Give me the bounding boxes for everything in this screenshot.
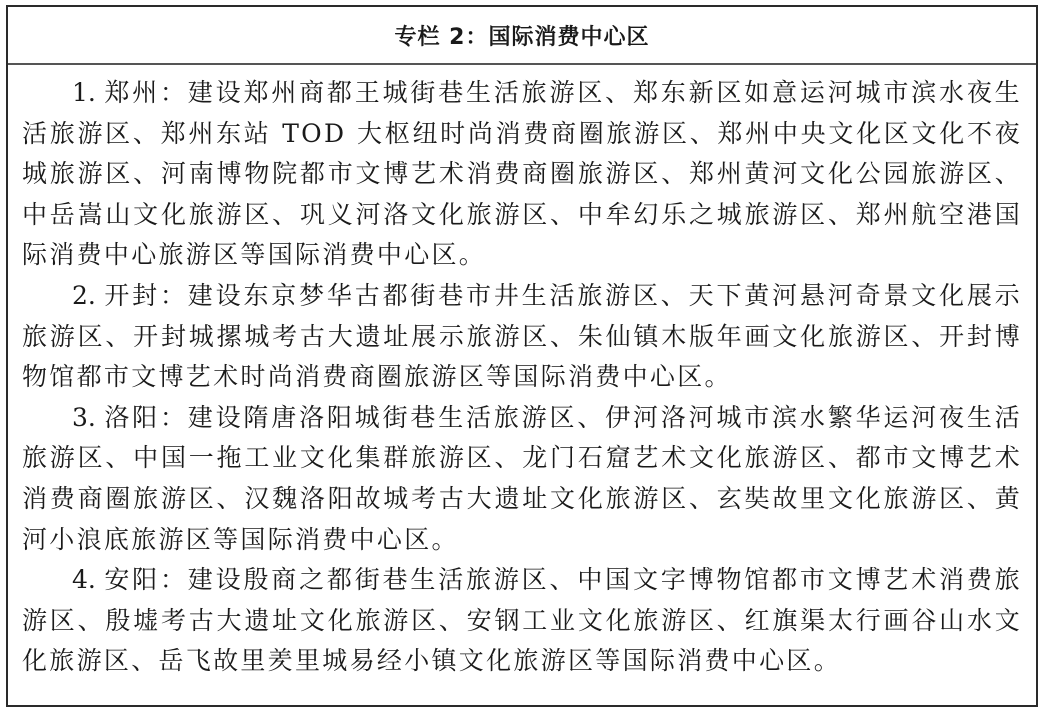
paragraph-zhengzhou: 1. 郑州：建设郑州商都王城街巷生活旅游区、郑东新区如意运河城市滨水夜生活旅游区… <box>22 73 1022 276</box>
paragraph-kaifeng: 2. 开封：建设东京梦华古都街巷市井生活旅游区、天下黄河悬河奇景文化展示旅游区、… <box>22 276 1022 398</box>
paragraph-text: ：建设殷商之都街巷生活旅游区、中国文字博物馆都市文博艺术消费旅游区、殷墟考古大遗… <box>22 565 1022 675</box>
paragraph-text: ：建设郑州商都王城街巷生活旅游区、郑东新区如意运河城市滨水夜生活旅游区、郑州东站… <box>22 78 1022 269</box>
item-number: 2. <box>72 281 104 310</box>
city-name: 安阳 <box>104 565 160 594</box>
item-number: 4. <box>72 565 104 594</box>
box-body: 1. 郑州：建设郑州商都王城街巷生活旅游区、郑东新区如意运河城市滨水夜生活旅游区… <box>8 65 1036 682</box>
city-name: 郑州 <box>104 78 160 107</box>
paragraph-text: ：建设东京梦华古都街巷市井生活旅游区、天下黄河悬河奇景文化展示旅游区、开封城摞城… <box>22 281 1022 391</box>
info-box: 专栏 2：国际消费中心区 1. 郑州：建设郑州商都王城街巷生活旅游区、郑东新区如… <box>6 5 1038 707</box>
paragraph-text: ：建设隋唐洛阳城街巷生活旅游区、伊河洛河城市滨水繁华运河夜生活旅游区、中国一拖工… <box>22 403 1022 554</box>
paragraph-luoyang: 3. 洛阳：建设隋唐洛阳城街巷生活旅游区、伊河洛河城市滨水繁华运河夜生活旅游区、… <box>22 398 1022 560</box>
city-name: 开封 <box>104 281 160 310</box>
item-number: 1. <box>72 78 104 107</box>
item-number: 3. <box>72 403 104 432</box>
box-title: 专栏 2：国际消费中心区 <box>8 7 1036 65</box>
city-name: 洛阳 <box>104 403 160 432</box>
paragraph-anyang: 4. 安阳：建设殷商之都街巷生活旅游区、中国文字博物馆都市文博艺术消费旅游区、殷… <box>22 560 1022 682</box>
